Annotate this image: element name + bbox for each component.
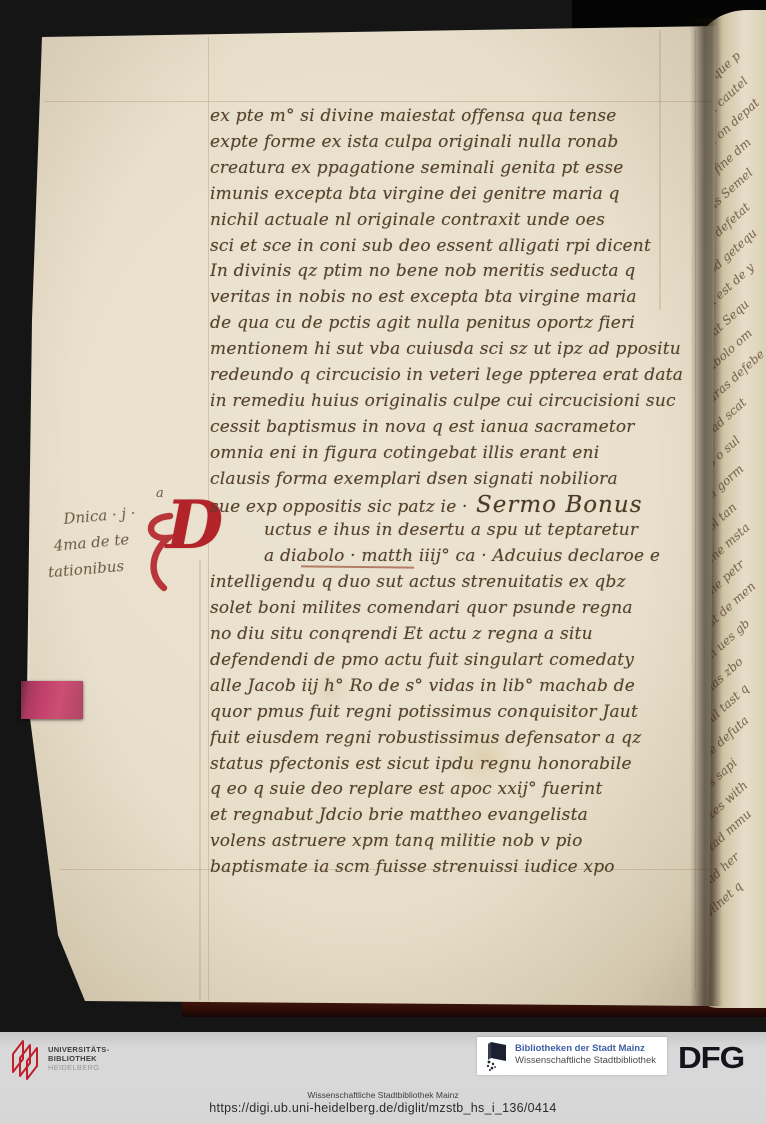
manuscript-line: volens astruere xpm tanq militie nob v p… bbox=[210, 829, 700, 855]
manuscript-line: nichil actuale nl originale contraxit un… bbox=[210, 208, 700, 234]
mainz-line2: Wissenschaftliche Stadtbibliothek bbox=[515, 1055, 656, 1067]
manuscript-line: quor pmus fuit regni potissimus conquisi… bbox=[210, 700, 700, 726]
manuscript-line: et regnabut Jdcio brie mattheo evangelis… bbox=[210, 803, 700, 829]
manuscript-line: intelligendu q duo sut actus strenuitati… bbox=[210, 570, 700, 596]
mainz-logo-box: Bibliotheken der Stadt Mainz Wissenschaf… bbox=[477, 1037, 667, 1075]
dfg-logo: DFG bbox=[678, 1040, 744, 1076]
mainz-book-icon bbox=[482, 1039, 512, 1073]
library-caption: Wissenschaftliche Stadtbibliothek Mainz bbox=[0, 1090, 766, 1100]
manuscript-line: expte forme ex ista culpa originali null… bbox=[210, 130, 700, 156]
manuscript-line: cessit baptismus in nova q est ianua sac… bbox=[210, 415, 700, 441]
manuscript-line: q eo q suie deo replare est apoc xxij° f… bbox=[210, 777, 700, 803]
ruling-line bbox=[44, 101, 712, 102]
manuscript-line: alle Jacob iij h° Ro de s° vidas in lib°… bbox=[210, 674, 700, 700]
manuscript-line: veritas in nobis no est excepta bta virg… bbox=[210, 285, 700, 311]
manuscript-line: imunis excepta bta virgine dei genitre m… bbox=[210, 182, 700, 208]
manuscript-line: a diabolo · matth iiij° ca · Adcuius dec… bbox=[264, 544, 700, 570]
manuscript-line: creatura ex ppagatione seminali genita p… bbox=[210, 156, 700, 182]
source-url: https://digi.ub.uni-heidelberg.de/diglit… bbox=[0, 1101, 766, 1115]
manuscript-photo: Inque pmi cautelue on depatlo fine dmnus… bbox=[0, 0, 766, 1032]
manuscript-line: status pfectonis est sicut ipdu regnu ho… bbox=[210, 752, 700, 778]
manuscript-line: in remediu huius originalis culpe cui ci… bbox=[210, 389, 700, 415]
sermo-heading: Sermo Bonus bbox=[468, 493, 643, 518]
heidelberg-line2: BIBLIOTHEK bbox=[48, 1054, 109, 1063]
manuscript-line: no diu situ conqrendi Et actu z regna a … bbox=[210, 622, 700, 648]
heidelberg-line3: HEIDELBERG bbox=[48, 1063, 109, 1072]
manuscript-line: redeundo q circucisio in veteri lege ppt… bbox=[210, 363, 700, 389]
manuscript-line: ex pte m° si divine maiestat offensa qua… bbox=[210, 104, 700, 130]
heidelberg-line1: UNIVERSITÄTS- bbox=[48, 1045, 109, 1054]
manuscript-line: clausis forma exemplari dsen signati nob… bbox=[210, 467, 700, 493]
heidelberg-logo-text: UNIVERSITÄTS- BIBLIOTHEK HEIDELBERG bbox=[48, 1045, 109, 1072]
manuscript-line: mentionem hi sut vba cuiusda sci sz ut i… bbox=[210, 337, 700, 363]
gutter-shadow bbox=[690, 18, 722, 1006]
manuscript-line: uctus e ihus in desertu a spu ut teptare… bbox=[264, 518, 700, 544]
mainz-line1: Bibliotheken der Stadt Mainz bbox=[515, 1043, 656, 1055]
manuscript-page: Dnica · j · 4ma de te tationibus a D ex … bbox=[0, 0, 766, 1032]
manuscript-line: sue exp oppositis sic patz ie · Sermo Bo… bbox=[210, 493, 700, 519]
footer-bar: UNIVERSITÄTS- BIBLIOTHEK HEIDELBERG Bibl… bbox=[0, 1032, 766, 1124]
manuscript-line: de qua cu de pctis agit nulla penitus op… bbox=[210, 311, 700, 337]
manuscript-line: fuit eiusdem regni robustissimus defensa… bbox=[210, 726, 700, 752]
heidelberg-logo-icon bbox=[10, 1038, 46, 1080]
manuscript-line: In divinis qz ptim no bene nob meritis s… bbox=[210, 259, 700, 285]
manuscript-line: omnia eni in figura cotingebat illis era… bbox=[210, 441, 700, 467]
manuscript-line: defendendi de pmo actu fuit singulart co… bbox=[210, 648, 700, 674]
mainz-logo-text: Bibliotheken der Stadt Mainz Wissenschaf… bbox=[515, 1043, 656, 1067]
manuscript-line: solet boni milites comendari quor psunde… bbox=[210, 596, 700, 622]
manuscript-line: baptismate ia scm fuisse strenuissi iudi… bbox=[210, 855, 700, 881]
manuscript-line: sci et sce in coni sub deo essent alliga… bbox=[210, 234, 700, 260]
bookmark-tab bbox=[21, 681, 83, 719]
page-crease bbox=[199, 560, 201, 1000]
